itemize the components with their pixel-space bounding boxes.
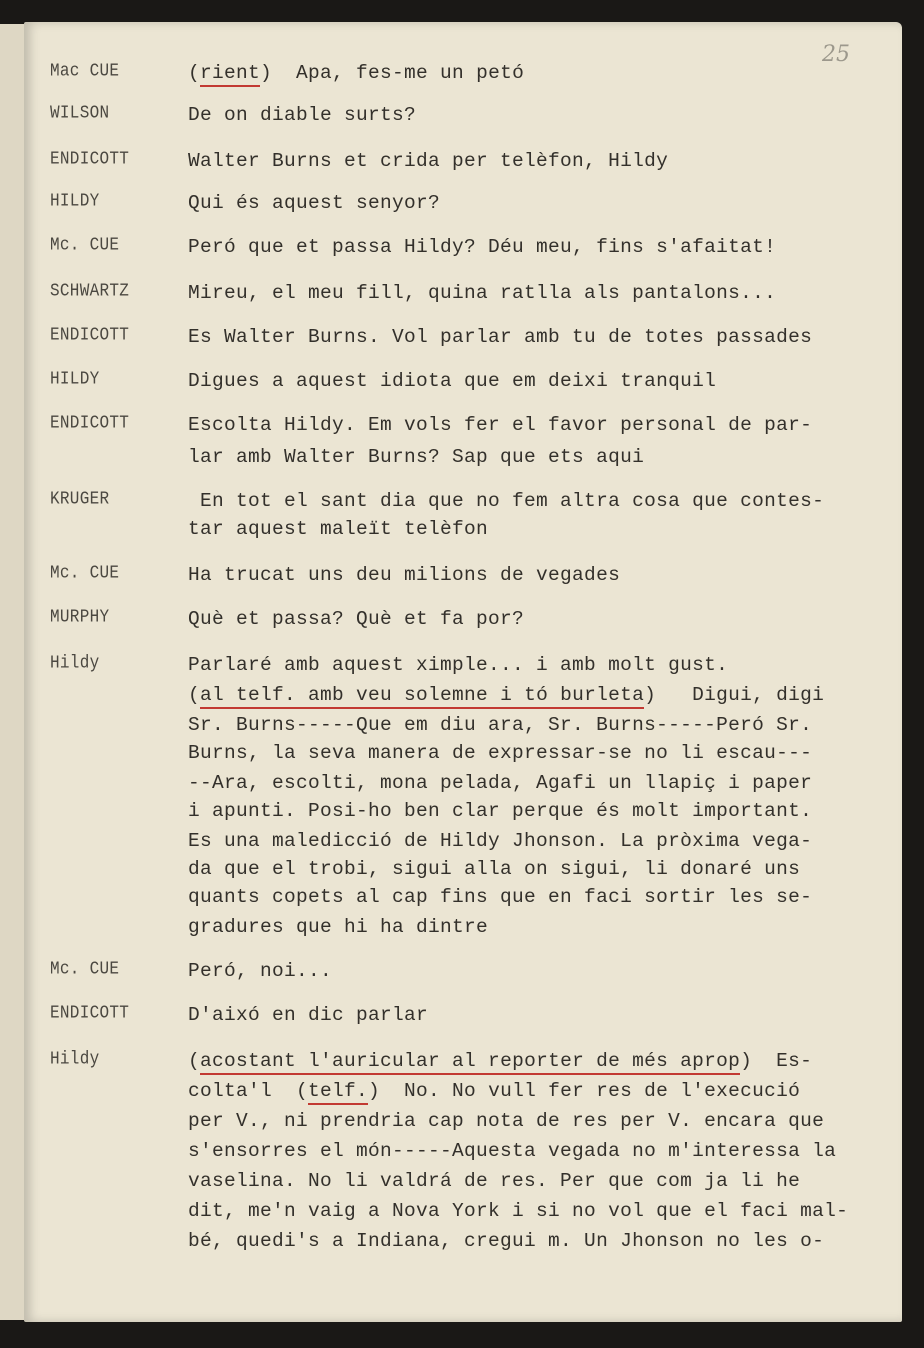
dialogue-text: Digues a aquest idiota que em deixi tran… xyxy=(188,370,716,392)
dialogue-text: tar aquest maleït telèfon xyxy=(188,518,488,540)
underlined-stage-direction: rient xyxy=(200,62,260,87)
speaker-name: ENDICOTT xyxy=(50,149,129,170)
dialogue-text: Parlaré amb aquest ximple... i amb molt … xyxy=(188,654,728,676)
dialogue-text: gradures que hi ha dintre xyxy=(188,916,488,938)
speaker-name: Hildy xyxy=(50,1049,100,1070)
speaker-name: HILDY xyxy=(50,191,100,212)
dialogue-text: --Ara, escolti, mona pelada, Agafi un ll… xyxy=(188,772,812,794)
dialogue-text: Peró, noi... xyxy=(188,960,332,982)
speaker-name: WILSON xyxy=(50,103,109,124)
dialogue-text: De on diable surts? xyxy=(188,104,416,126)
underlined-stage-direction: telf. xyxy=(308,1080,368,1105)
dialogue-text: (al telf. amb veu solemne i tó burleta) … xyxy=(188,684,824,706)
dialogue-text: Escolta Hildy. Em vols fer el favor pers… xyxy=(188,414,812,436)
speaker-name: SCHWARTZ xyxy=(50,281,129,302)
speaker-name: Mc. CUE xyxy=(50,235,119,256)
speaker-name: ENDICOTT xyxy=(50,413,129,434)
speaker-name: HILDY xyxy=(50,369,100,390)
text-segment: ) Apa, fes-me un petó xyxy=(260,62,524,84)
dialogue-text: s'ensorres el món-----Aquesta vegada no … xyxy=(188,1140,836,1162)
speaker-name: KRUGER xyxy=(50,489,109,510)
dialogue-text: Sr. Burns-----Que em diu ara, Sr. Burns-… xyxy=(188,714,812,736)
dialogue-text: Qui és aquest senyor? xyxy=(188,192,440,214)
dialogue-text: colta'l (telf.) No. No vull fer res de l… xyxy=(188,1080,800,1102)
dialogue-text: Burns, la seva manera de expressar-se no… xyxy=(188,742,812,764)
speaker-name: MURPHY xyxy=(50,607,109,628)
dialogue-text: Walter Burns et crida per telèfon, Hildy xyxy=(188,150,668,172)
typewritten-page: 25 Mac CUE(rient) Apa, fes-me un petóWIL… xyxy=(24,22,902,1322)
dialogue-text: En tot el sant dia que no fem altra cosa… xyxy=(188,490,824,512)
dialogue-text: Es una maledicció de Hildy Jhonson. La p… xyxy=(188,830,812,852)
speaker-name: Hildy xyxy=(50,653,100,674)
dialogue-text: Què et passa? Què et fa por? xyxy=(188,608,524,630)
dialogue-text: per V., ni prendria cap nota de res per … xyxy=(188,1110,824,1132)
underlined-stage-direction: al telf. amb veu solemne i tó burleta xyxy=(200,684,644,709)
dialogue-text: i apunti. Posi-ho ben clar perque és mol… xyxy=(188,800,812,822)
speaker-name: ENDICOTT xyxy=(50,325,129,346)
speaker-name: Mc. CUE xyxy=(50,959,119,980)
dialogue-text: dit, me'n vaig a Nova York i si no vol q… xyxy=(188,1200,848,1222)
dialogue-text: D'aixó en dic parlar xyxy=(188,1004,428,1026)
dialogue-text: bé, quedi's a Indiana, cregui m. Un Jhon… xyxy=(188,1230,824,1252)
dialogue-text: (rient) Apa, fes-me un petó xyxy=(188,62,524,84)
dialogue-text: lar amb Walter Burns? Sap que ets aqui xyxy=(188,446,644,468)
dialogue-text: Ha trucat uns deu milions de vegades xyxy=(188,564,620,586)
text-segment: ( xyxy=(188,1050,200,1072)
dialogue-text: Es Walter Burns. Vol parlar amb tu de to… xyxy=(188,326,812,348)
text-segment: ( xyxy=(188,684,200,706)
text-segment: ) No. No vull fer res de l'execució xyxy=(368,1080,800,1102)
text-segment: ) Es- xyxy=(740,1050,812,1072)
speaker-name: Mac CUE xyxy=(50,61,119,82)
dialogue-text: Mireu, el meu fill, quina ratlla als pan… xyxy=(188,282,776,304)
dialogue-text: da que el trobi, sigui alla on sigui, li… xyxy=(188,858,800,880)
underlined-stage-direction: acostant l'auricular al reporter de més … xyxy=(200,1050,740,1075)
text-segment: ( xyxy=(188,62,200,84)
speaker-name: Mc. CUE xyxy=(50,563,119,584)
dialogue-text: vaselina. No li valdrá de res. Per que c… xyxy=(188,1170,800,1192)
dialogue-text: quants copets al cap fins que en faci so… xyxy=(188,886,812,908)
page-number: 25 xyxy=(822,42,850,67)
speaker-name: ENDICOTT xyxy=(50,1003,129,1024)
dialogue-text: (acostant l'auricular al reporter de més… xyxy=(188,1050,812,1072)
text-segment: ) Digui, digi xyxy=(644,684,824,706)
dialogue-text: Peró que et passa Hildy? Déu meu, fins s… xyxy=(188,236,776,258)
text-segment: colta'l ( xyxy=(188,1080,308,1102)
